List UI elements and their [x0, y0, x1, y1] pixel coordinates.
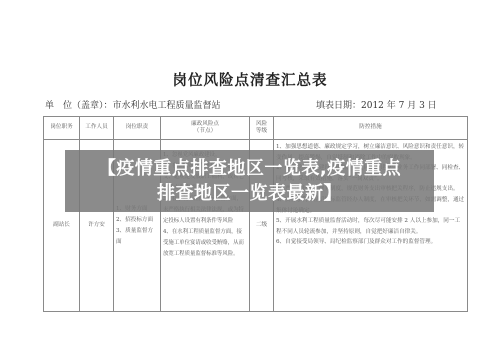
- banner-line-2: 排查地区一览表最新】: [157, 181, 342, 206]
- duty-item: 2、招投标方面: [116, 215, 158, 226]
- unit-label: 单 位（盖章）：市水利水电工程质量监督站: [45, 98, 221, 111]
- measure-item: 5、开展水利工程质量监督活动时，每次尽可能安排 2 人以上参加，同一工程不同人员…: [276, 216, 465, 237]
- date-label: 填表日期：2012 年 7 月 3 日: [316, 98, 437, 111]
- header-position: 岗位职务: [44, 117, 80, 140]
- header-risk-level: 风险 等级: [250, 117, 274, 140]
- header-risk-level-line2: 等级: [252, 128, 271, 136]
- header-duties: 岗位职责: [114, 117, 161, 140]
- measure-item: 6、自觉接受局领导、局纪检监察部门及群众对工作的监督管理。: [276, 237, 465, 248]
- title-overlay-banner: 【疫情重点排查地区一览表,疫情重点 排查地区一览表最新】: [65, 150, 434, 212]
- risk-summary-table: 岗位职务 工作人员 岗位职责 廉政风险点 （节点） 风险 等级 防控措施 副站长…: [43, 116, 468, 312]
- document-title: 岗位风险点清查汇总表: [0, 69, 500, 90]
- header-staff: 工作人员: [80, 117, 114, 140]
- table-header-row: 岗位职务 工作人员 岗位职责 廉政风险点 （节点） 风险 等级 防控措施: [44, 117, 468, 140]
- header-risk-points: 廉政风险点 （节点）: [161, 117, 250, 140]
- header-risk-points-line1: 廉政风险点: [163, 121, 247, 129]
- risk-point-item: 4、在水利工程质量监督方面，接受施工单位宴请或收受贿赂，从而放宽工程质量监督标准…: [163, 227, 247, 260]
- header-risk-points-line2: （节点）: [163, 128, 247, 136]
- duty-item: 3、质量监督方面: [116, 226, 158, 248]
- header-risk-level-line1: 风险: [252, 121, 271, 129]
- header-measures: 防控措施: [274, 117, 468, 140]
- banner-line-1: 【疫情重点排查地区一览表,疫情重点: [98, 156, 401, 181]
